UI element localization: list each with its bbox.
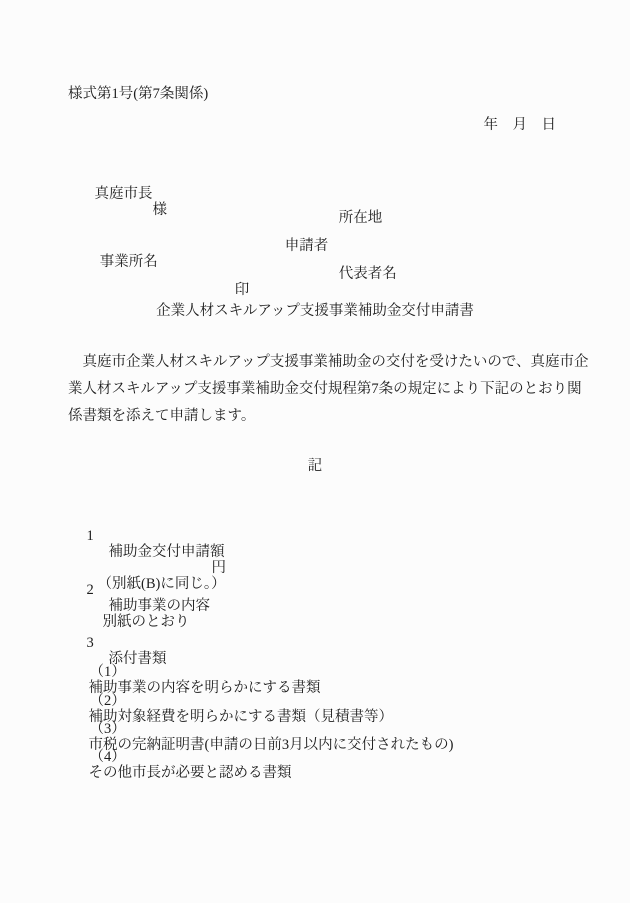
body-paragraph: 真庭市企業人材スキルアップ支援事業補助金の交付を受けたいので、真庭市企 業人材ス… [68,349,562,430]
item-number: 1 [87,528,94,544]
item-number: 3 [87,635,94,651]
address-label: 所在地 [339,210,383,226]
sub-item-text: その他市長が必要と認める書類 [89,765,292,781]
body-line: 業人材スキルアップ支援事業補助金交付規程第7条の規定により下記のとおり関 [68,376,562,403]
addressee-line: 真庭市長 様 [68,170,562,186]
sub-item-text: 市税の完納証明書(申請の日前3月以内に交付されたもの) [89,737,454,753]
sub-item-number: （2） [90,693,126,709]
yen-unit-label: 円 [212,560,227,576]
item-number: 2 [87,582,94,598]
document-title: 企業人材スキルアップ支援事業補助金交付申請書 [68,303,562,319]
sub-item-number: （4） [90,749,126,765]
addressee-name: 真庭市長 [95,186,153,202]
form-number: 様式第1号(第7条関係) [68,86,562,102]
body-line: 係書類を添えて申請します。 [68,403,562,430]
seal-label: 印 [235,282,250,298]
item-label: 補助事業の内容 [109,598,211,614]
ki-heading: 記 [68,458,562,474]
date-line: 年 月 日 [68,117,562,133]
applicant-label: 申請者 [285,238,329,254]
application-form-page: 様式第1号(第7条関係) 年 月 日 真庭市長 様 所在地 申請者 事業所名 代… [0,0,630,903]
item-label: 補助金交付申請額 [109,544,225,560]
sub-item-number: （1） [90,664,126,680]
sub-item-number: （3） [90,721,126,737]
item-value: 別紙のとおり [103,614,190,630]
sub-item-text: 補助対象経費を明らかにする書類（見積書等） [89,709,394,725]
representative-label: 代表者名 [339,266,397,282]
item-application-amount: 1 補助金交付申請額 円 （別紙(B)に同じ。） [68,512,562,528]
item-note: （別紙(B)に同じ。） [98,576,226,592]
body-line: 真庭市企業人材スキルアップ支援事業補助金の交付を受けたいので、真庭市企 [68,349,562,376]
